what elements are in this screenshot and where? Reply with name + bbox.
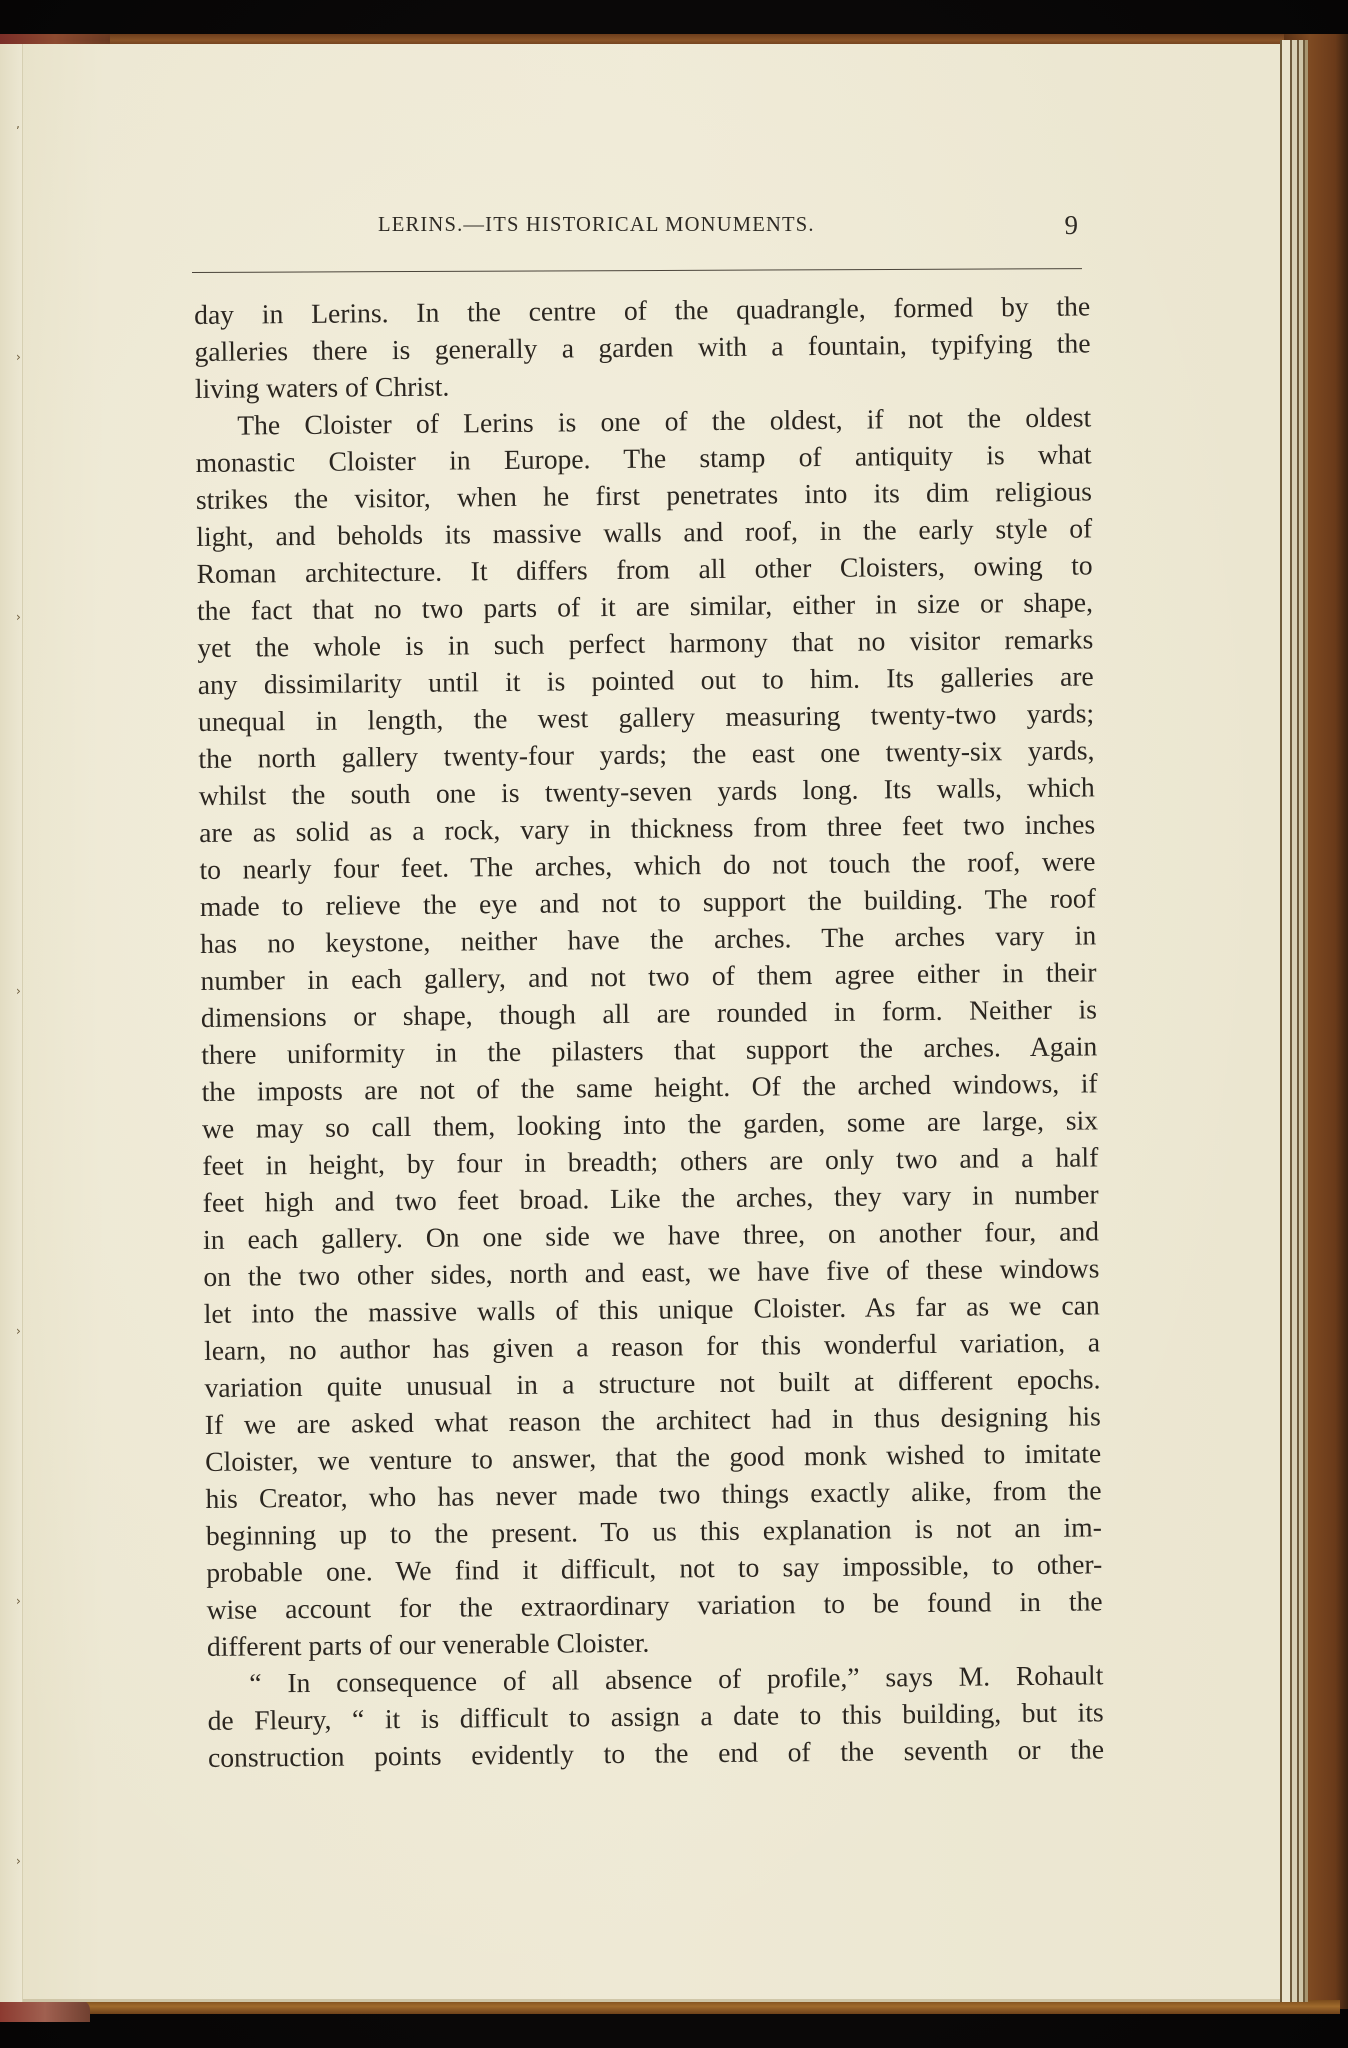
page-stack-edge	[1280, 40, 1290, 2002]
book-cover-bottom-edge	[0, 2000, 1340, 2014]
book-spine-bottom-left	[0, 2000, 90, 2022]
binding-stitch-icon: ›	[16, 1594, 24, 1608]
binding-stitch-icon: ›	[16, 350, 24, 364]
running-head-title: LERINS.—ITS HISTORICAL MONUMENTS.	[378, 212, 815, 237]
page-number: 9	[1065, 210, 1079, 241]
page-gutter: ʼ › › › › › ›	[0, 44, 23, 2002]
binding-stitch-icon: ›	[16, 610, 24, 624]
body-text: day in Lerins. In the centre of the quad…	[194, 287, 1104, 1776]
binding-stitch-icon: ›	[16, 1854, 24, 1868]
binding-stitch-icon: ›	[16, 984, 24, 998]
page-stack-edge	[1303, 40, 1308, 2002]
scanned-book-scene: ʼ › › › › › › LERINS.—ITS HISTORICAL MON…	[0, 0, 1348, 2048]
binding-stitch-icon: ʼ	[16, 124, 24, 138]
running-header: LERINS.—ITS HISTORICAL MONUMENTS. 9	[192, 212, 1082, 242]
page-stack-edge	[1290, 40, 1297, 2002]
binding-stitch-icon: ›	[16, 1324, 24, 1338]
